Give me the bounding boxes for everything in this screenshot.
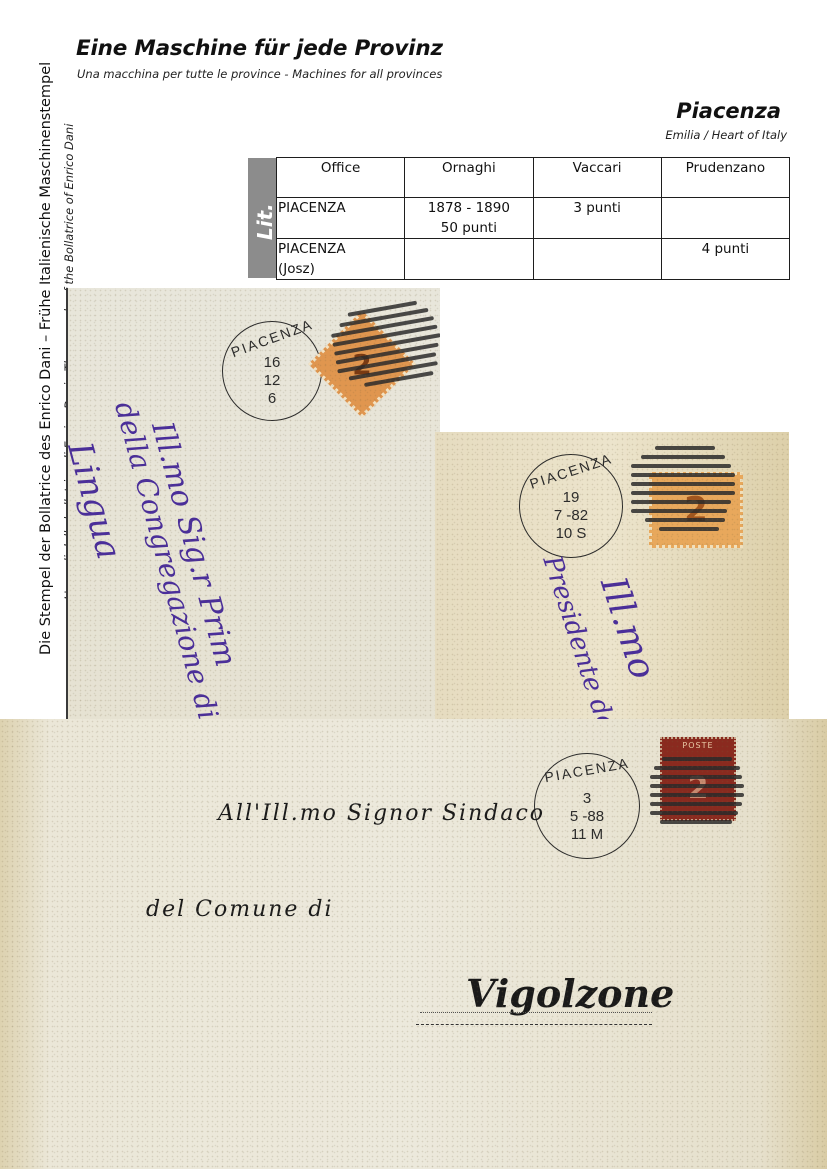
postmark-circular: PIACENZA 16 12 6 xyxy=(222,321,322,421)
page-title: Eine Maschine für jede Provinz xyxy=(76,36,443,61)
cell-prudenzano xyxy=(661,198,789,239)
cell-vaccari xyxy=(533,239,661,280)
series-title-vertical: Die Stempel der Bollatrice des Enrico Da… xyxy=(38,62,54,655)
postmark-time: 10 S xyxy=(520,525,622,542)
province-name: Piacenza xyxy=(676,99,781,123)
table-row: PIACENZA 1878 - 1890 50 punti 3 punti xyxy=(277,198,790,239)
envelope-3: PIACENZA 3 5 -88 11 M POSTE 2 All'Ill.mo… xyxy=(0,719,827,1169)
col-prudenzano: Prudenzano xyxy=(661,158,789,198)
cell-ornaghi xyxy=(405,239,533,280)
cell-office: PIACENZA (Josz) xyxy=(277,239,405,280)
envelope-1: PIACENZA 16 12 6 2 Ill.mo Sig.r Prim del… xyxy=(66,288,440,728)
postmark-circular: PIACENZA 3 5 -88 11 M xyxy=(534,753,640,859)
literature-label: Lit. xyxy=(253,203,277,240)
literature-tab: Lit. xyxy=(248,158,277,278)
col-vaccari: Vaccari xyxy=(533,158,661,198)
page-subtitle: Una macchina per tutte le province - Mac… xyxy=(77,67,442,81)
postmark-town: PIACENZA xyxy=(534,753,639,787)
col-ornaghi: Ornaghi xyxy=(405,158,533,198)
postmark-month: 12 xyxy=(223,372,321,389)
cell-office: PIACENZA xyxy=(277,198,405,239)
cell-prudenzano: 4 punti xyxy=(661,239,789,280)
col-office: Office xyxy=(277,158,405,198)
address-underline xyxy=(416,1024,652,1025)
handwritten-address-line: Lingua xyxy=(66,438,129,564)
postmark-day: 19 xyxy=(520,489,622,506)
postmark-date: 7 -82 xyxy=(520,507,622,524)
barred-cancel xyxy=(631,446,741,536)
envelope-2: PIACENZA 19 7 -82 10 S 2 Ill.mo Presiden… xyxy=(435,432,789,728)
postmark-town: PIACENZA xyxy=(520,448,622,495)
catalogue-table: Office Ornaghi Vaccari Prudenzano PIACEN… xyxy=(276,157,790,280)
postmark-day: 16 xyxy=(223,354,321,371)
postmark-circular: PIACENZA 19 7 -82 10 S xyxy=(519,454,623,558)
postmark-day: 3 xyxy=(535,790,639,807)
region-label: Emilia / Heart of Italy xyxy=(665,128,787,142)
cell-ornaghi: 1878 - 1890 50 punti xyxy=(405,198,533,239)
table-row: PIACENZA (Josz) 4 punti xyxy=(277,239,790,280)
address-line-1: All'Ill.mo Signor Sindaco xyxy=(218,801,545,826)
postmark-date: 5 -88 xyxy=(535,808,639,825)
cell-vaccari: 3 punti xyxy=(533,198,661,239)
barred-cancel xyxy=(650,757,746,829)
address-underline xyxy=(420,1012,652,1013)
table-header-row: Office Ornaghi Vaccari Prudenzano xyxy=(277,158,790,198)
address-line-2: del Comune di xyxy=(146,897,334,922)
postmark-time: 6 xyxy=(223,390,321,407)
address-line-3: Vigolzone xyxy=(466,971,674,1016)
postmark-time: 11 M xyxy=(535,826,639,843)
barred-cancel xyxy=(328,297,440,396)
